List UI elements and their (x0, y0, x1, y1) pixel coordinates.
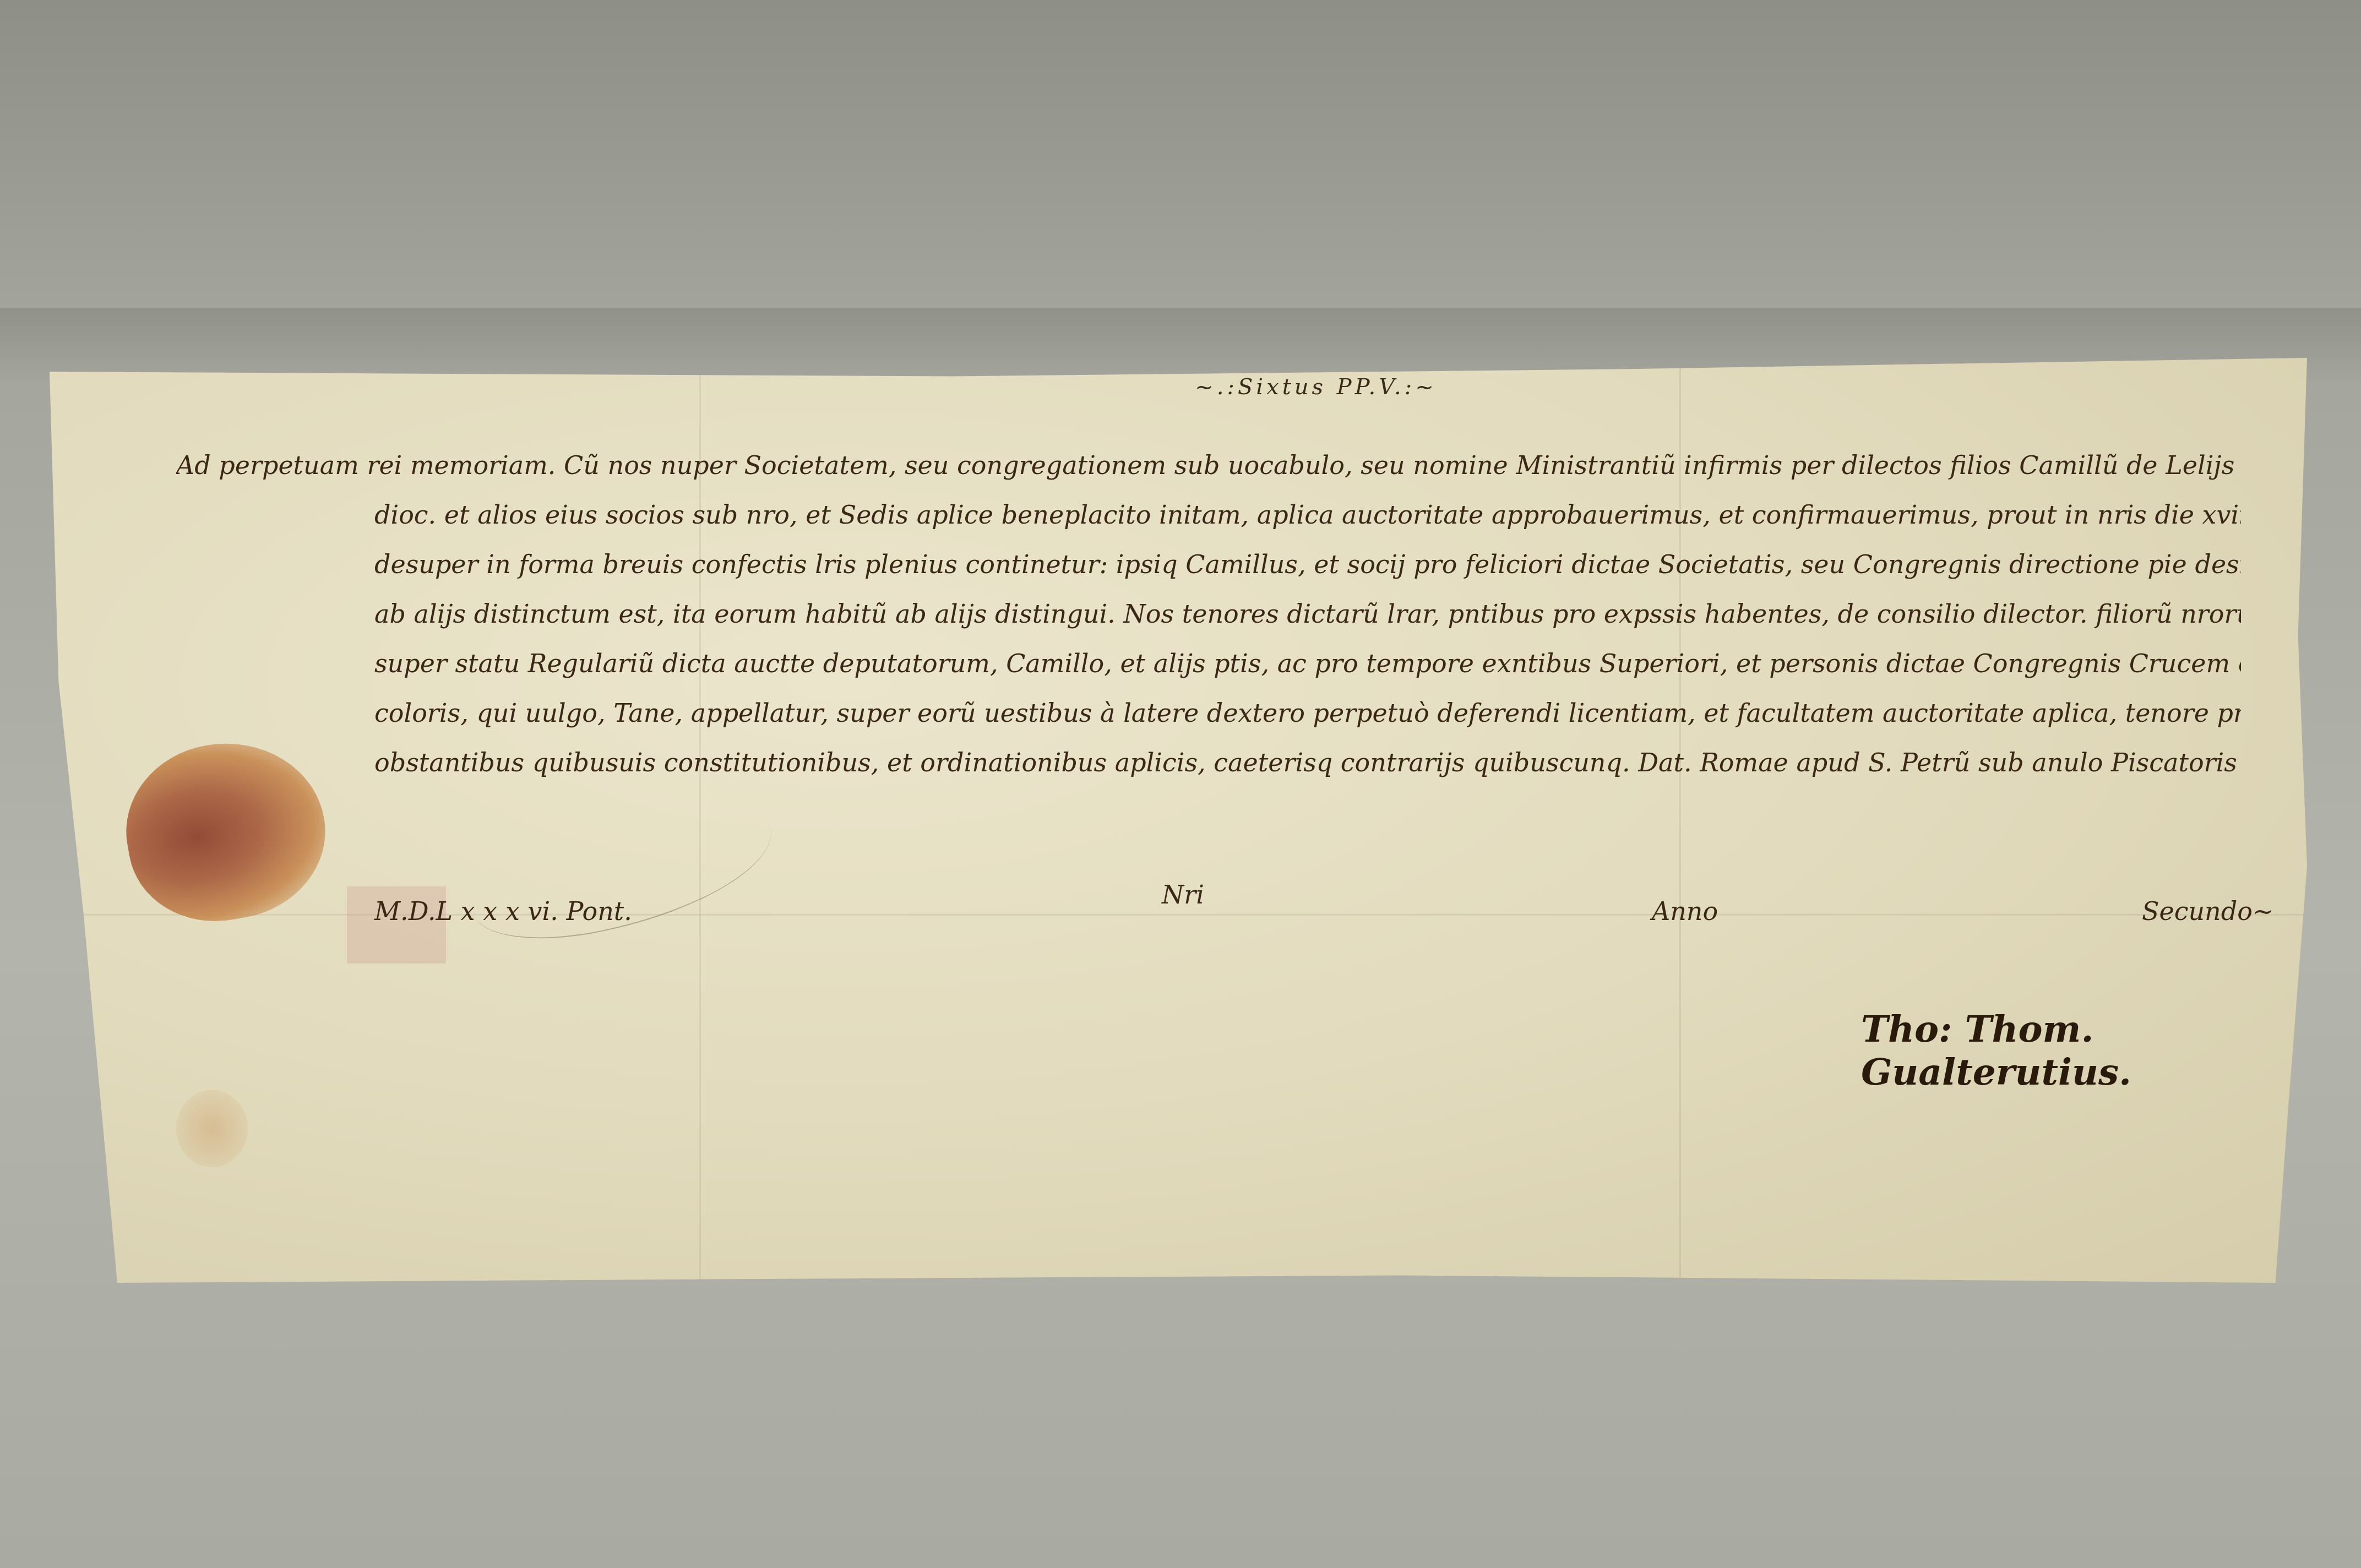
text-line: desuper in forma breuis confectis lris p… (374, 540, 2241, 589)
text-line: obstantibus quibusuis constitutionibus, … (374, 738, 2241, 787)
text-line: coloris, qui uulgo, Tane, appellatur, su… (374, 688, 2241, 738)
text-line: ab alijs distinctum est, ita eorum habit… (374, 589, 2241, 639)
signature: Tho: Thom. Gualterutius. (1861, 1008, 2307, 1093)
document-header: ~.:Sixtus PP.V.:~ (1123, 374, 1509, 400)
stain-mark (176, 1090, 248, 1167)
text-line: super statu Regulariũ dicta auctte deput… (374, 639, 2241, 688)
text-line: dioc. et alios eius socios sub nro, et S… (374, 490, 2241, 540)
text-line: Ad perpetuam rei memoriam. Cũ nos nuper … (176, 440, 2241, 490)
dating-anno: Anno (1652, 886, 1718, 936)
document-body: Ad perpetuam rei memoriam. Cũ nos nuper … (176, 440, 2241, 787)
dating-nri: Nri (1162, 870, 1204, 919)
parchment-document: ~.:Sixtus PP.V.:~ Ad perpetuam rei memor… (50, 358, 2307, 1283)
dating-secundo: Secundo~ (2142, 886, 2273, 936)
